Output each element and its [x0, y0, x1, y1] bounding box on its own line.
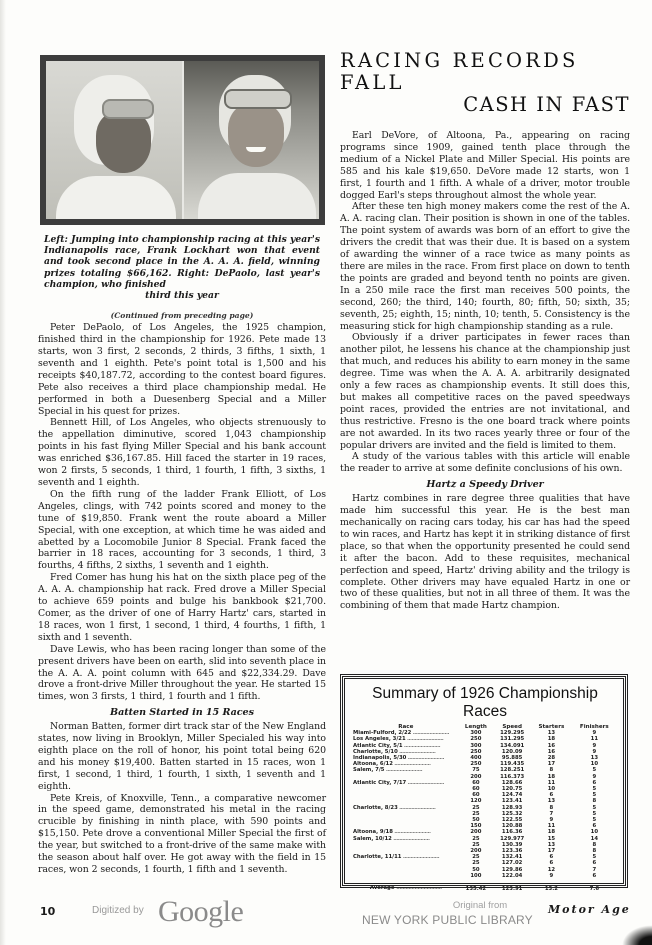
driver-body-right: [198, 173, 316, 219]
paragraph-comer: Fred Comer has hung his hat on the sixth…: [38, 572, 326, 643]
original-from-label: Original from: [425, 900, 535, 911]
paragraph-depaolo: Peter DePaolo, of Los Angeles, the 1925 …: [38, 322, 326, 417]
page-edge-shadow: [0, 0, 6, 945]
paragraph-point-system: After these ten high money makers come t…: [340, 201, 630, 332]
race-name: Altoona, 6/12: [353, 761, 393, 767]
average-speed: 123.91: [501, 883, 523, 892]
summary-table: Race Length Speed Starters Finishers Mia…: [353, 724, 617, 892]
right-column: RACING RECORDS FALL CASH IN FAST Earl De…: [340, 50, 630, 612]
caption-last-line: third this year: [44, 290, 320, 301]
subhead-batten: Batten Started in 15 Races: [38, 707, 326, 719]
paragraph-fewer-races: Obviously if a driver participates in fe…: [340, 332, 630, 451]
summary-table-body: Miami-Fulford, 2/22 ....................…: [353, 730, 617, 879]
paragraph-hill: Bennett Hill, of Los Angeles, who object…: [38, 417, 326, 488]
leader-dots: ........................: [393, 829, 431, 835]
leader-dots: ........................: [406, 755, 444, 761]
leader-dots: ........................: [393, 761, 431, 767]
race-name: Altoona, 9/18: [353, 829, 393, 835]
paragraph-batten: Norman Batten, former dirt track star of…: [38, 721, 326, 792]
leader-dots: ........................: [402, 854, 440, 860]
race-name: Los Angeles, 3/21: [353, 736, 406, 742]
summary-table-title: Summary of 1926 Championship Races: [353, 685, 617, 721]
driver-body-left: [56, 176, 176, 219]
average-length: 135.42: [465, 883, 487, 892]
average-label: Average: [370, 885, 395, 891]
photo-caption: Left: Jumping into championship racing a…: [44, 234, 320, 301]
paragraph-study-tables: A study of the various tables with this …: [340, 451, 630, 475]
photo-frame: [40, 55, 325, 225]
subhead-hartz: Hartz a Speedy Driver: [340, 479, 630, 491]
race-name: Atlantic City, 7/17: [353, 780, 406, 786]
average-length-cell: 135.42: [459, 879, 494, 892]
headline-line-1: RACING RECORDS FALL: [340, 50, 630, 94]
average-starters-cell: 13.2: [531, 879, 572, 892]
paragraph-kreis: Pete Kreis, of Knoxville, Tenn., a compa…: [38, 793, 326, 876]
paragraph-devore: Earl DeVore, of Altoona, Pa., appearing …: [340, 130, 630, 201]
race-name: Charlotte, 8/23: [353, 805, 398, 811]
leader-dots: ........................: [411, 730, 449, 736]
race-name: Miami-Fulford, 2/22: [353, 730, 411, 736]
race-name: Charlotte, 11/11: [353, 854, 402, 860]
leader-dots: ........................: [406, 780, 444, 786]
paragraph-hartz: Hartz combines in rare degree three qual…: [340, 493, 630, 612]
face-right: [228, 103, 284, 167]
leader-dots: ........................: [398, 805, 436, 811]
average-speed-cell: 123.91: [493, 879, 531, 892]
left-body-text: Peter DePaolo, of Los Angeles, the 1925 …: [38, 322, 326, 876]
race-name: Salem, 10/12: [353, 836, 392, 842]
leader-dots: ........................: [384, 767, 422, 773]
goggles-left: [102, 99, 154, 119]
race-name: Atlantic City, 5/1: [353, 743, 403, 749]
article-headline: RACING RECORDS FALL CASH IN FAST: [340, 50, 630, 116]
goggles-right: [224, 89, 292, 109]
average-label-cell: Average ..............................: [353, 879, 459, 892]
google-logo: Google: [158, 895, 243, 929]
headline-line-2: CASH IN FAST: [340, 94, 630, 116]
leader-dots: ........................: [398, 749, 436, 755]
caption-text: Left: Jumping into championship racing a…: [44, 234, 320, 290]
left-column: Left: Jumping into championship racing a…: [38, 55, 326, 876]
right-body-text: Earl DeVore, of Altoona, Pa., appearing …: [340, 130, 630, 612]
leader-dots: ........................: [403, 743, 441, 749]
photo-pair: [46, 61, 319, 219]
leader-dots: ........................: [406, 736, 444, 742]
magazine-page: Left: Jumping into championship racing a…: [0, 0, 652, 945]
paragraph-lewis: Dave Lewis, who has been racing longer t…: [38, 644, 326, 704]
race-name: Charlotte, 5/10: [353, 749, 398, 755]
leader-dots: ........................: [392, 836, 430, 842]
photo-peter-depaolo: [184, 61, 320, 219]
page-number: 10: [40, 905, 55, 918]
magazine-name: Motor Age: [548, 903, 631, 916]
average-finishers: 7.6: [583, 883, 605, 892]
table-average-row: Average .............................. 1…: [353, 879, 617, 892]
summary-table-box: Summary of 1926 Championship Races Race …: [342, 676, 626, 886]
library-name: NEW YORK PUBLIC LIBRARY: [362, 913, 533, 927]
photo-frank-lockhart: [46, 61, 182, 219]
continued-note: (Continued from preceding page): [38, 311, 326, 320]
race-name: Indianapolis, 5/30: [353, 755, 406, 761]
page-binding-shadow: [622, 925, 652, 945]
page-footer: 10 Digitized by Google Original from NEW…: [0, 905, 652, 945]
face-left: [96, 111, 151, 173]
paragraph-elliott: On the fifth rung of the ladder Frank El…: [38, 489, 326, 572]
race-name: Salem, 7/5: [353, 767, 384, 773]
smile-right: [246, 147, 266, 152]
average-starters: 13.2: [540, 883, 562, 892]
average-finishers-cell: 7.6: [572, 879, 617, 892]
digitized-by-label: Digitized by: [92, 905, 144, 916]
